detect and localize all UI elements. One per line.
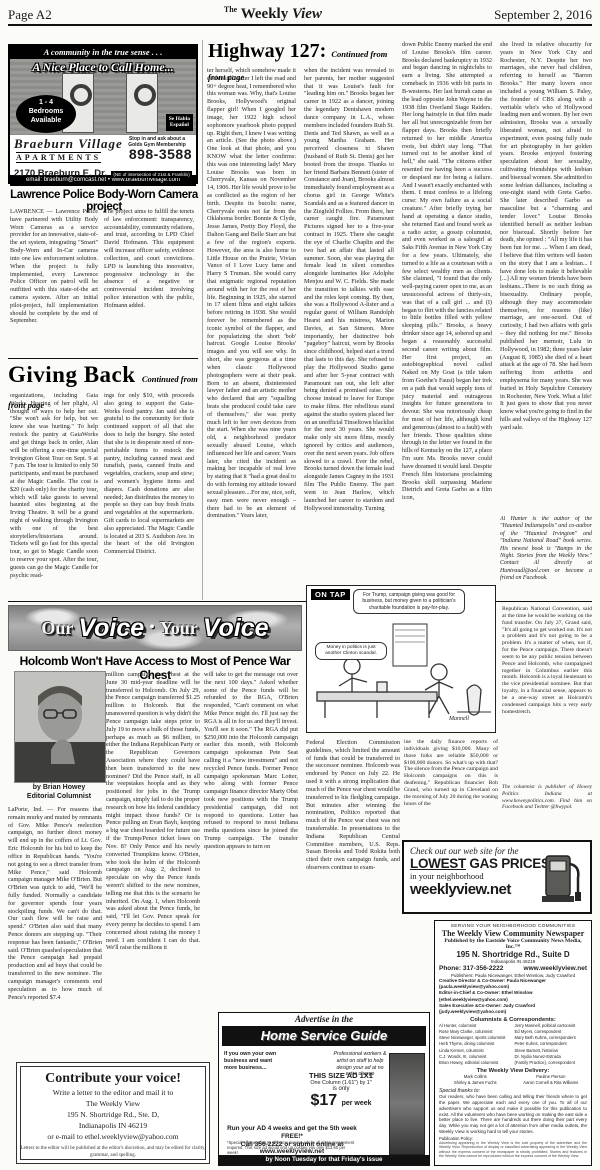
highway-column-1: ter herself, which somehow made it coole… [207, 67, 296, 599]
giving-back-column-1: organizations, including Gaia Works. Hea… [10, 392, 98, 600]
holcomb-column-1: LaPorte, Ind. — For reasons that remain … [8, 806, 102, 1050]
braeburn-village-ad: A community in the true sense . . . A Ni… [8, 44, 198, 184]
se-habla-badge: Se Habla Español [166, 114, 193, 131]
header-rule [8, 24, 592, 26]
apartment-address: 2170 Braeburn E. Dr. (NE of intersection… [10, 163, 196, 175]
holcomb-column-5: ine the daily finance reports of individ… [404, 739, 498, 833]
holcomb-column-2: million campaign war chest at the June 3… [106, 671, 200, 1050]
contribute-fine-print: Letters to the editor will be published … [17, 1146, 209, 1159]
masthead-phone: Phone: 317-356-2222 [439, 965, 503, 972]
door-graphic [126, 73, 158, 133]
ontap-cartoon: ON TAP For Trump, campaign giving was go… [306, 585, 496, 733]
delivery-left: Mark CollinsShirley & James Fuchs [439, 1074, 512, 1086]
portrait-graphic [15, 672, 105, 782]
masthead-address: 195 N. Shortridge Rd., Suite D [439, 950, 587, 959]
brian-howey-photo [14, 671, 106, 783]
contribute-city: Indianapolis IN 46219 [17, 1120, 209, 1131]
ad-left-text: If you own your own business and want mo… [224, 1051, 286, 1072]
home-service-guide-ad: Advertise in the Home Service Guide If y… [218, 1012, 430, 1166]
speech-bubble: Money in politics is just another Clinto… [315, 642, 387, 660]
highway-column-4: she lived in relative obscurity for year… [500, 41, 592, 513]
holcomb-column-4: Federal Election Commission guidelines, … [306, 739, 400, 1007]
thanks-text: Our readers, who have been calling and t… [439, 1094, 587, 1135]
ad-price: $17 [310, 1092, 337, 1109]
issue-date: September 2, 2016 [494, 7, 592, 23]
cartoon-title: ON TAP [311, 589, 350, 600]
contribute-box: Contribute your voice! Write a letter to… [16, 1062, 210, 1164]
banner-word-voice2: Voice [203, 614, 269, 643]
apartment-phone: 898-3588 [129, 146, 192, 162]
section-divider [8, 358, 198, 359]
apartment-photo: A Nice Place to Call Home... 1 - 4 Bedro… [10, 59, 196, 135]
published-by: Published by the Eastside Voice Communit… [439, 938, 587, 950]
columnists-left: Al Hunter, columnistRose Mary Clarke, co… [439, 1023, 512, 1066]
columnists-right: Jerry Mannell, political cartoonistEd My… [515, 1023, 588, 1066]
holcomb-column-6: Republican National Convention, said at … [502, 606, 592, 782]
delivery-right: Pauline PiersonAaron Cornell & Rita Will… [515, 1074, 588, 1086]
handyman-photo [389, 1053, 425, 1155]
contribute-address: 195 N. Shortridge Rd., Ste. D, [17, 1109, 209, 1120]
cartoonist-signature: Mannell [449, 716, 469, 722]
ad-tagline: A community in the true sense . . . [10, 46, 196, 59]
section-divider [8, 601, 592, 602]
newspaper-title: The Weekly View [224, 5, 322, 23]
ad-deadline-strip: by Noon Tuesday for that Friday's issue [219, 1155, 429, 1165]
apartment-name-sub: APARTMENTS [16, 152, 101, 163]
ad-call-line: Call 356-2222 or submit online at www.we… [219, 1141, 365, 1155]
ad-size-info: THIS SIZE AD 1X1 One Column (1.61") by 1… [291, 1071, 391, 1110]
cartoon-caption: For Trump, campaign giving was good for … [353, 589, 465, 614]
masthead-box: SERVING YOUR NEIGHBORHOOD COMMUNITIES Th… [434, 920, 592, 1166]
paper-name: The Weekly View Community Newspaper [439, 929, 587, 938]
address-note: (NE of intersection of 21st & Franklin) [111, 171, 191, 178]
byline: by Brian Howey Editorial Columnist [8, 783, 110, 801]
highway-column-3: down Public Enemy marked the end of Loui… [402, 41, 492, 599]
wreath-graphic [134, 84, 156, 106]
page-header: Page A2 The Weekly View September 2, 201… [8, 5, 592, 23]
contribute-email: or e-mail to ethel.weeklyview@yahoo.com [17, 1131, 209, 1142]
ad-deal: Run your AD 4 weeks and get the 5th week… [227, 1125, 357, 1141]
our-voice-banner: Our Voice • Your Voice [8, 605, 302, 651]
banner-word-voice: Voice [78, 614, 144, 643]
banner-word-your: Your [160, 618, 198, 639]
advertise-line: Advertise in the [219, 1014, 429, 1024]
home-service-title: Home Service Guide [222, 1026, 426, 1046]
gas-prices-box: Check out our web site for the LOWEST GA… [402, 840, 592, 914]
lawrence-column-2: The project aims to fulfill the tenets o… [104, 208, 194, 354]
giving-back-column-2: ings for only $10, with proceeds also go… [104, 392, 194, 600]
contribute-paper: The Weekly View [17, 1098, 209, 1109]
policy-text: Advertising appearing in the Weekly View… [439, 1141, 587, 1159]
author-bio-note: Al Hunter is the author of the "Haunted … [500, 516, 592, 600]
bedrooms-badge: 1 - 4 Bedrooms Available [16, 95, 76, 133]
newspaper-page: Page A2 The Weekly View September 2, 201… [0, 0, 600, 1170]
banner-separator: • [149, 619, 155, 637]
page-number: Page A2 [8, 7, 52, 23]
banner-word-our: Our [41, 618, 73, 639]
masthead-city: Indianapolis IN 46219 [439, 959, 587, 964]
lawrence-column-1: LAWRENCE — Lawrence Police have partnere… [10, 208, 98, 354]
highway-column-2: when the incident was revealed to her pa… [304, 67, 394, 599]
cartoon-drawing [307, 620, 495, 720]
gas-pump-icon [540, 850, 584, 906]
columnist-bio-note: The columnist is publisher of Howey Poli… [502, 784, 592, 834]
masthead-website: www.weeklyview.net [524, 965, 587, 972]
holcomb-column-3: will take to get the message out over th… [204, 671, 298, 1008]
contribute-headline: Contribute your voice! [17, 1071, 209, 1087]
apartment-name: Braeburn Village [14, 136, 123, 152]
staff-lines: Creative Director & Co-Owner: Paula Nice… [439, 978, 587, 1015]
ad-headline: A Nice Place to Call Home... [10, 60, 196, 75]
column-rule [202, 40, 203, 600]
